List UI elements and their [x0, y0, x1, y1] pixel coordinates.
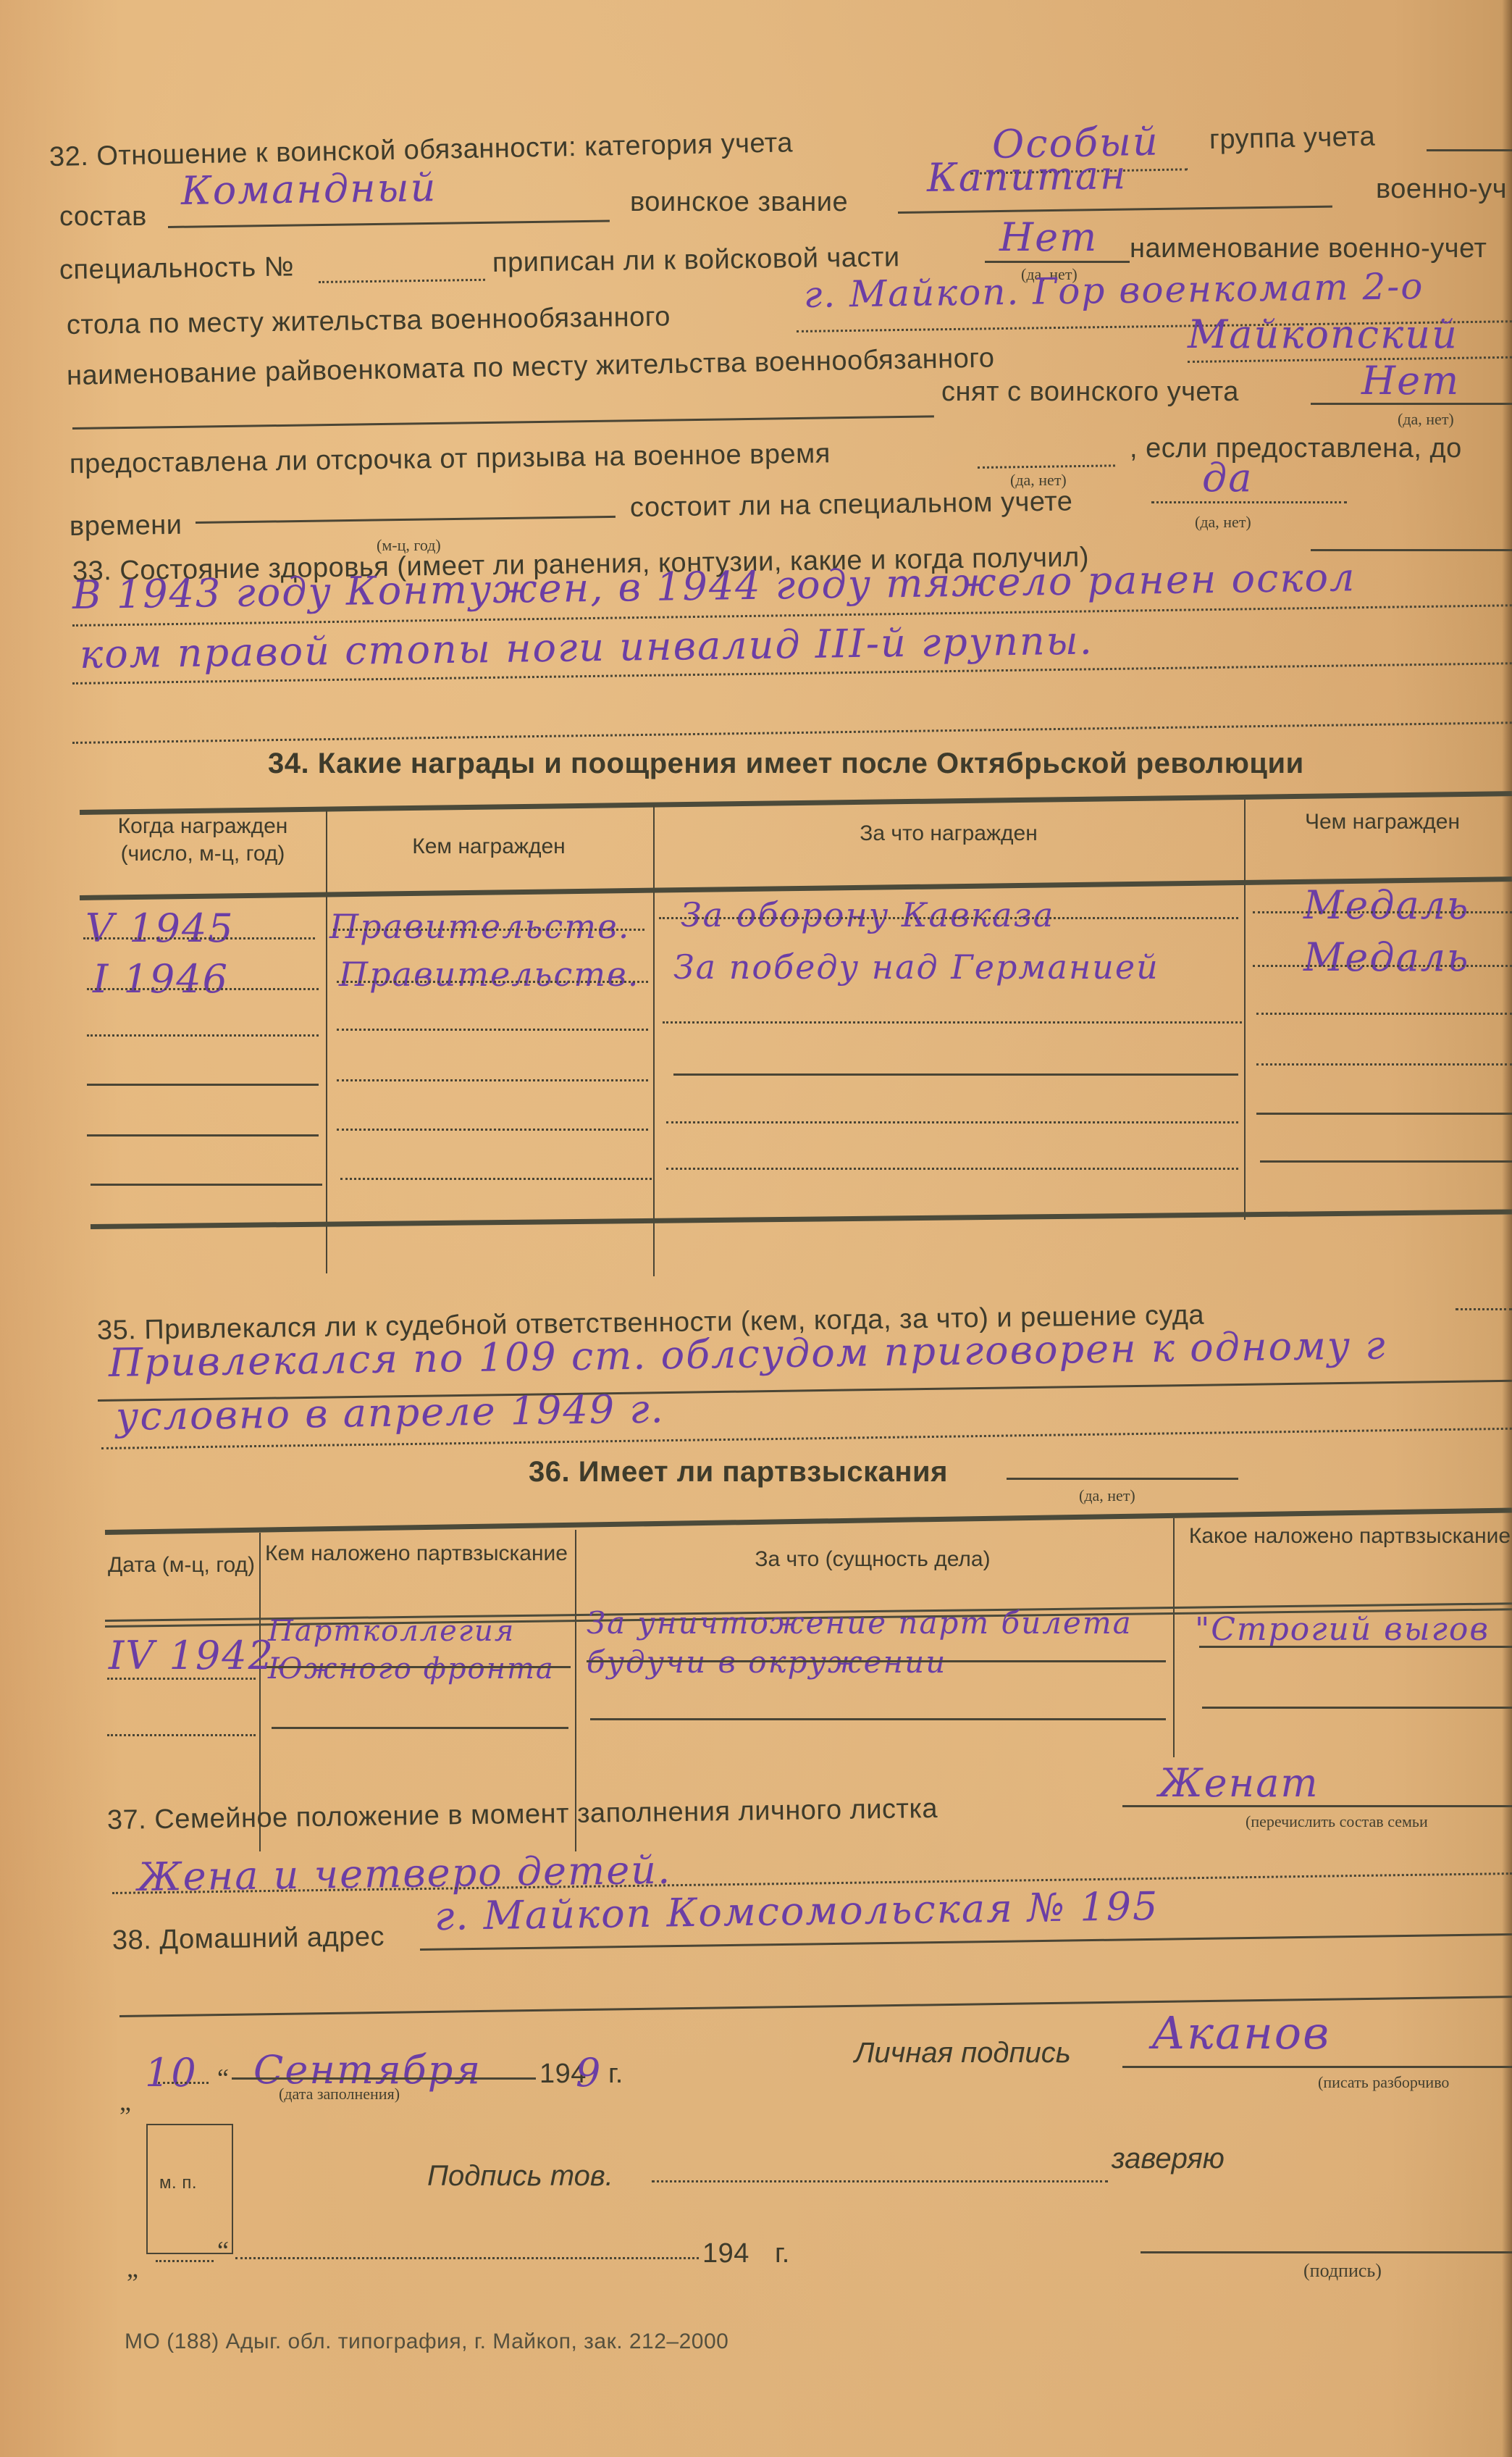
q32-composition-value: Командный	[181, 164, 437, 214]
q36-row2-rule-b	[272, 1727, 568, 1729]
q36-col-what: Какое наложено партвзыскание	[1188, 1523, 1512, 1550]
q36-row1-rule-b	[266, 1666, 571, 1668]
q34-col-by: Кем награжден	[333, 833, 644, 861]
q34-row6-rule-a	[91, 1184, 322, 1186]
q34-row3-rule-a	[87, 1034, 319, 1037]
personal-signature-label: Личная подпись	[854, 2037, 1071, 2069]
q38-value: г. Майкоп Комсомольская № 195	[434, 1883, 1159, 1939]
q34-row1-rule-d	[1253, 911, 1512, 913]
certifier-signature-line	[1141, 2251, 1512, 2253]
comrade-signature-line	[652, 2180, 1108, 2182]
q34-col-for: За что награжден	[659, 820, 1238, 847]
q34-row6-rule-d	[1260, 1160, 1512, 1163]
q36-row1-rule-a	[107, 1678, 256, 1680]
q34-title: 34. Какие награды и поощрения имеет посл…	[268, 748, 1304, 780]
q34-row5-rule-d	[1256, 1113, 1512, 1115]
cert-date-month-line	[235, 2257, 699, 2259]
q36-row2-rule-c	[590, 1718, 1166, 1720]
q37-label: 37. Семейное положение в момент заполнен…	[107, 1793, 938, 1836]
q34-row6-rule-b	[340, 1178, 652, 1180]
q32-raion-line	[1188, 356, 1512, 363]
q34-row1-what: Медаль	[1303, 882, 1469, 928]
date-open-quote: „	[119, 2086, 131, 2117]
q32-until-label: времени	[70, 510, 182, 543]
q34-row2-rule-d	[1253, 965, 1512, 967]
q34-row1-rule-c	[659, 917, 1238, 919]
q32-rank-line	[898, 206, 1332, 214]
q36-col-date: Дата (м-ц, год)	[107, 1552, 256, 1579]
q36-row2-rule-a	[107, 1734, 256, 1736]
q38-label: 38. Домашний адрес	[112, 1922, 385, 1956]
fill-date-year-g: г.	[608, 2059, 623, 2090]
q34-row3-rule-c	[663, 1021, 1242, 1024]
q36-row2-rule-d	[1202, 1707, 1512, 1709]
q34-col-divider-2	[653, 805, 655, 1276]
q34-row1-rule-b	[333, 929, 644, 931]
q32-special-line	[1151, 501, 1347, 503]
q32-vus-name-label: наименование военно-учет	[1130, 233, 1487, 264]
cert-date-open-quote: „	[127, 2253, 138, 2283]
q32-rank-label: воинское звание	[630, 187, 848, 218]
personal-signature-line	[1122, 2066, 1512, 2068]
q32-desk-label: стола по месту жительства военнообязанно…	[67, 301, 671, 341]
page-edge-shadow	[1502, 0, 1512, 2457]
q36-col-for: За что (сущность дела)	[579, 1546, 1166, 1573]
q34-row4-rule-d	[1256, 1063, 1512, 1066]
q33-line-3-rule	[72, 721, 1512, 744]
cert-date-year-g: г.	[775, 2238, 790, 2269]
q37-value: Женат	[1159, 1760, 1319, 1806]
q36-row1-for: За уничтожение парт билета будучи в окру…	[587, 1604, 1180, 1682]
q32-specialty-label: специальность №	[59, 251, 295, 286]
q32-raion-line-2	[72, 415, 934, 430]
q32-deferment-line	[978, 464, 1115, 469]
q34-row1-for: За оборону Кавказа	[681, 895, 1054, 934]
q34-row3-rule-b	[337, 1029, 648, 1031]
cert-date-close-quote: “	[217, 2235, 229, 2266]
printer-imprint: МО (188) Адыг. обл. типография, г. Майко…	[125, 2330, 728, 2354]
q36-row1-rule-d	[1199, 1646, 1512, 1648]
fill-date-year-suffix: 9	[576, 2050, 602, 2096]
q34-col-what: Чем награжден	[1253, 808, 1512, 836]
q34-row1-by: Правительств.	[329, 907, 630, 946]
certifier-signature-hint: (подпись)	[1303, 2260, 1382, 2282]
q36-title-line	[1007, 1478, 1238, 1480]
comrade-signature-label: Подпись тов.	[427, 2160, 613, 2193]
q32-vus-label: военно-уч	[1376, 174, 1507, 205]
q34-col-divider-1	[326, 810, 327, 1273]
cert-date-day-line	[156, 2260, 214, 2262]
q34-col-when: Когда награжден (число, м-ц, год)	[83, 813, 322, 868]
q36-title-hint: (да, нет)	[1079, 1486, 1135, 1505]
cert-date-year: 194	[702, 2238, 749, 2269]
q36-col-by: Кем наложено партвзыскание	[264, 1540, 568, 1567]
fill-date-day: 10	[145, 2050, 198, 2096]
q34-row1-rule-a	[83, 937, 315, 939]
q36-row1-rule-c	[587, 1660, 1166, 1662]
q32-removed-value: Нет	[1361, 358, 1460, 403]
certify-label: заверяю	[1112, 2143, 1225, 2175]
q37-hint: (перечислить состав семьи	[1246, 1812, 1428, 1831]
q33-line-2: ком правой стопы ноги инвалид III-й груп…	[80, 617, 1094, 677]
q34-row2-what: Медаль	[1303, 934, 1469, 980]
q32-composition-line	[168, 219, 610, 228]
q34-row2-rule-b	[337, 981, 648, 983]
personal-signature-value: Аканов	[1151, 2006, 1330, 2059]
q32-group-label: группа учета	[1209, 122, 1376, 156]
q34-row4-rule-c	[673, 1073, 1238, 1076]
q34-col-divider-3	[1244, 800, 1246, 1220]
q32-attached-line	[985, 261, 1130, 263]
q32-rank-value: Капитан	[927, 152, 1127, 201]
q34-row4-rule-b	[337, 1079, 648, 1081]
q34-row2-by: Правительств.	[339, 955, 639, 994]
q36-row1-by: Партколлегия Южного фронта	[268, 1612, 579, 1688]
q34-row1-when: V 1945	[85, 905, 235, 951]
q32-special-hint: (да, нет)	[1195, 513, 1251, 532]
q34-row4-rule-a	[87, 1084, 319, 1086]
personal-signature-hint: (писать разборчиво	[1318, 2073, 1449, 2092]
q34-row2-for: За победу над Германией	[673, 947, 1159, 987]
q32-until-line	[196, 516, 616, 524]
q33-label-line	[1311, 549, 1512, 551]
fill-date-day-line	[158, 2082, 209, 2084]
q34-row5-rule-a	[87, 1134, 319, 1137]
q32-attached-value: Нет	[999, 214, 1098, 260]
q34-table-bottom-rule	[91, 1209, 1512, 1229]
q34-row5-rule-c	[666, 1121, 1238, 1123]
date-close-quote: “	[217, 2063, 229, 2093]
q32-removed-hint: (да, нет)	[1398, 410, 1454, 429]
q36-row1-what: "Строгий выгов	[1195, 1611, 1490, 1648]
q32-raion-value: Майкопский	[1188, 311, 1458, 357]
fill-date-month-line	[232, 2077, 536, 2080]
stamp-placeholder-label: м. п.	[159, 2173, 197, 2193]
q32-group-line	[1427, 149, 1512, 151]
q36-title: 36. Имеет ли партвзыскания	[529, 1456, 948, 1489]
q34-row2-when: I 1946	[93, 956, 229, 1002]
q32-composition-label: состав	[59, 201, 147, 233]
q35-line-2: условно в апреле 1949 г.	[116, 1386, 665, 1439]
q34-row2-rule-a	[87, 988, 319, 990]
q32-special-label: состоит ли на специальном учете	[630, 486, 1073, 524]
q32-desk-value: г. Майкоп. Гор военкомат 2-о	[804, 265, 1424, 316]
q32-special-value: да	[1202, 455, 1253, 501]
q34-row6-rule-c	[666, 1168, 1238, 1170]
q32-specialty-line	[319, 279, 485, 283]
q34-row3-rule-d	[1256, 1013, 1512, 1015]
q35-label-line	[1456, 1308, 1512, 1310]
fill-date-hint: (дата заполнения)	[279, 2085, 400, 2104]
q36-row1-date: IV 1942.	[109, 1633, 288, 1678]
q32-removed-label: снят с воинского учета	[941, 377, 1239, 408]
q32-raion-label: наименование райвоенкомата по месту жите…	[67, 343, 995, 392]
q32-if-granted-label: , если предоставлена, до	[1130, 433, 1462, 464]
q34-row5-rule-b	[337, 1129, 648, 1131]
q32-deferment-label: предоставлена ли отсрочка от призыва на …	[70, 438, 831, 480]
